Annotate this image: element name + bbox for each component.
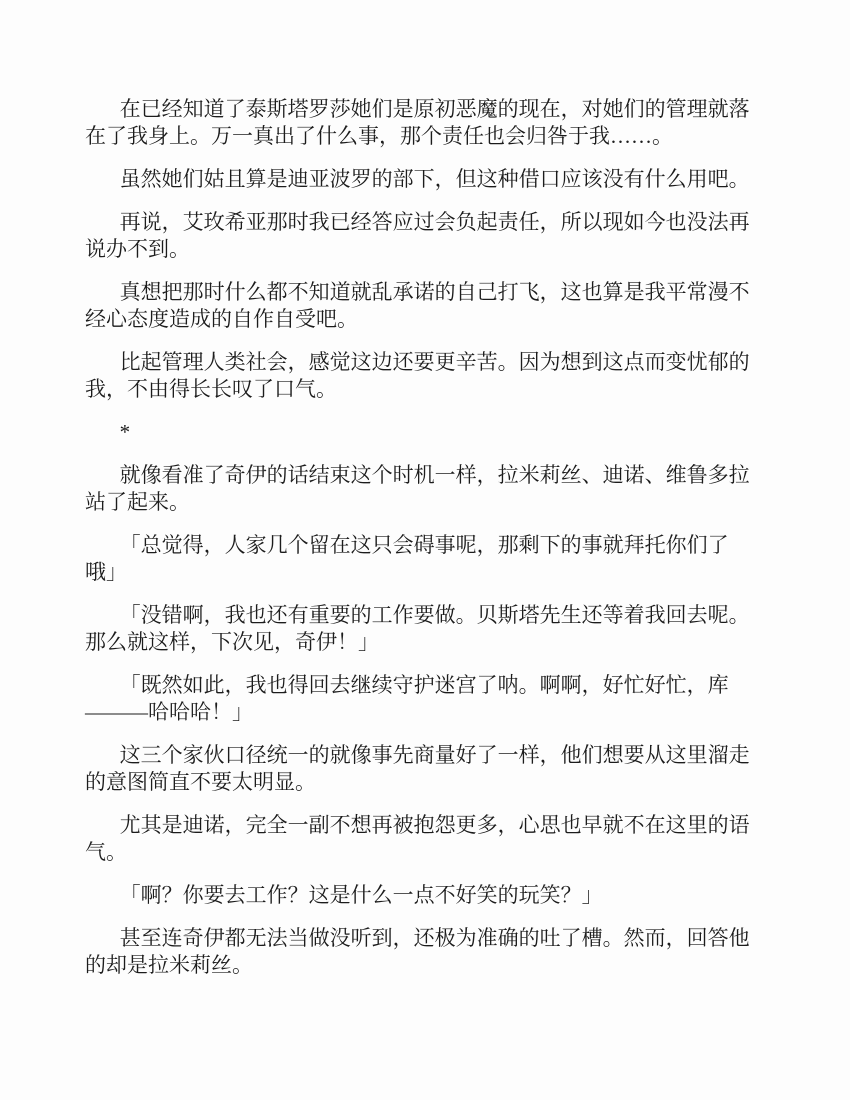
paragraph-11: 尤其是迪诺，完全一副不想再被抱怨更多，心思也早就不在这里的语 气。 <box>85 812 768 866</box>
paragraph-10: 这三个家伙口径统一的就像事先商量好了一样，他们想要从这里溜走 的意图简直不要太明… <box>85 742 768 796</box>
section-separator: * <box>85 419 768 446</box>
paragraph-13: 甚至连奇伊都无法当做没听到，还极为准确的吐了槽。然而，回答他 的却是拉米莉丝。 <box>85 925 768 979</box>
paragraph-6: 就像看准了奇伊的话结束这个时机一样，拉米莉丝、迪诺、维鲁多拉 站了起来。 <box>85 462 768 516</box>
paragraph-4: 真想把那时什么都不知道就乱承诺的自己打飞，这也算是我平常漫不 经心态度造成的自作… <box>85 279 768 333</box>
paragraph-9: 「既然如此，我也得回去继续守护迷宫了呐。啊啊，好忙好忙，库 ———哈哈哈！」 <box>85 672 768 726</box>
paragraph-12: 「啊？你要去工作？这是什么一点不好笑的玩笑？」 <box>85 882 768 909</box>
paragraph-7: 「总觉得，人家几个留在这只会碍事呢，那剩下的事就拜托你们了 哦」 <box>85 532 768 586</box>
paragraph-3: 再说，艾玫希亚那时我已经答应过会负起责任，所以现如今也没法再 说办不到。 <box>85 209 768 263</box>
paragraph-2: 虽然她们姑且算是迪亚波罗的部下，但这种借口应该没有什么用吧。 <box>85 166 768 193</box>
novel-page: 在已经知道了泰斯塔罗莎她们是原初恶魔的现在，对她们的管理就落 在了我身上。万一真… <box>0 0 850 1100</box>
paragraph-1: 在已经知道了泰斯塔罗莎她们是原初恶魔的现在，对她们的管理就落 在了我身上。万一真… <box>85 96 768 150</box>
paragraph-5: 比起管理人类社会，感觉这边还要更辛苦。因为想到这点而变忧郁的 我，不由得长长叹了… <box>85 349 768 403</box>
paragraph-8: 「没错啊，我也还有重要的工作要做。贝斯塔先生还等着我回去呢。 那么就这样，下次见… <box>85 602 768 656</box>
